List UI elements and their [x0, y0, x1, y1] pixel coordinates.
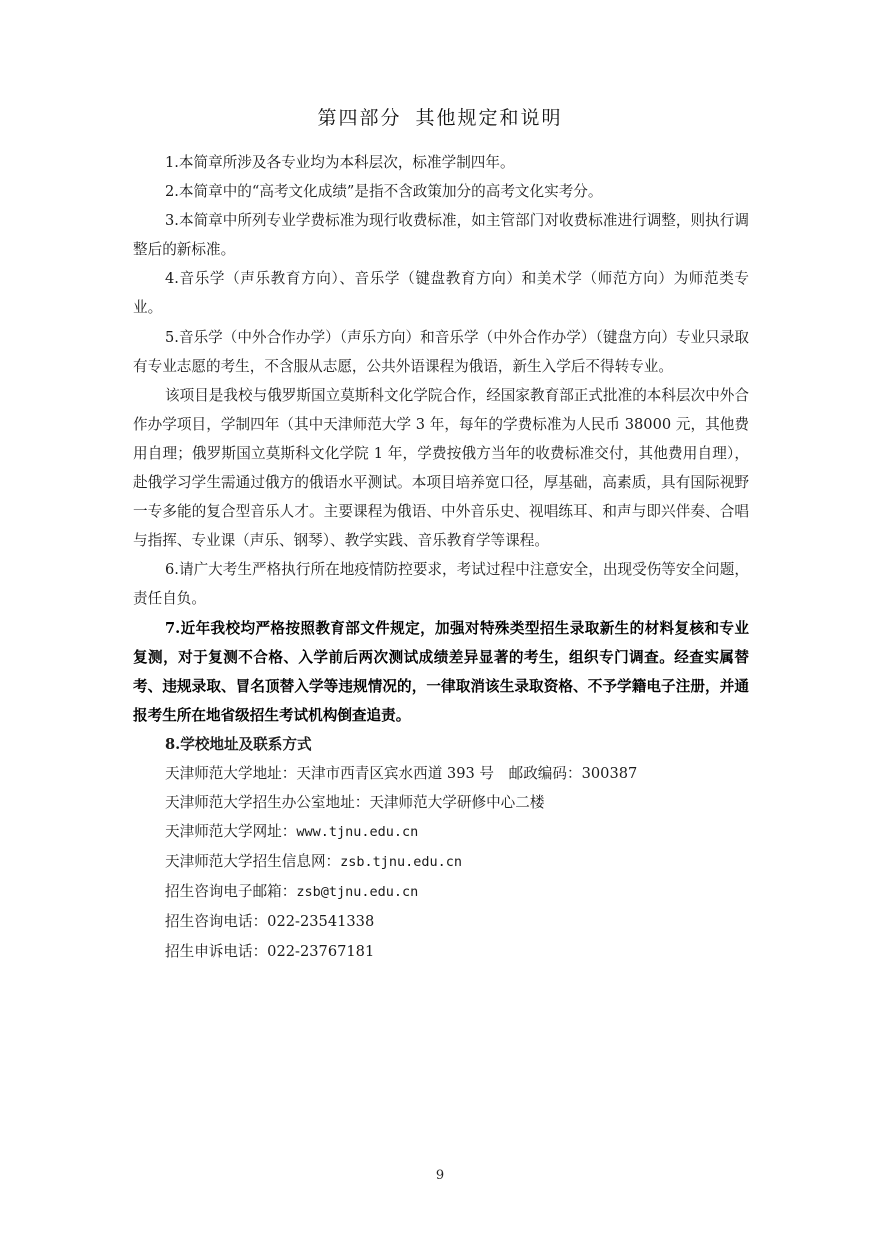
paragraph-2: 2.本简章中的“高考文化成绩”是指不含政策加分的高考文化实考分。	[133, 177, 749, 206]
contact-label: 招生咨询电子邮箱：	[165, 883, 296, 900]
document-page: 第四部分 其他规定和说明 1.本简章所涉及各专业均为本科层次，标准学制四年。 2…	[0, 0, 880, 1244]
contact-label: 天津师范大学招生信息网：	[165, 853, 340, 870]
paragraph-5: 5.音乐学（中外合作办学）（声乐方向）和音乐学（中外合作办学）（键盘方向）专业只…	[133, 323, 749, 381]
admissions-site-link[interactable]: zsb.tjnu.edu.cn	[340, 854, 462, 870]
paragraph-5-project-description: 该项目是我校与俄罗斯国立莫斯科文化学院合作，经国家教育部正式批准的本科层次中外合…	[133, 381, 749, 556]
contact-value: 天津市西青区宾水西道 393 号 邮政编码：300387	[296, 765, 637, 782]
contact-line-phone: 招生咨询电话：022-23541338	[133, 907, 749, 936]
contact-label: 天津师范大学网址：	[165, 823, 296, 840]
page-number: 9	[0, 1168, 880, 1183]
contact-value: 天津师范大学研修中心二楼	[369, 794, 544, 811]
contact-line-appeal-phone: 招生申诉电话：022-23767181	[133, 937, 749, 966]
contact-label: 招生申诉电话：	[165, 943, 267, 960]
website-link[interactable]: www.tjnu.edu.cn	[296, 824, 418, 840]
contact-heading: 8.学校地址及联系方式	[133, 730, 749, 759]
paragraph-7-bold-notice: 7.近年我校均严格按照教育部文件规定，加强对特殊类型招生录取新生的材料复核和专业…	[133, 614, 749, 730]
email-link[interactable]: zsb@tjnu.edu.cn	[296, 884, 418, 900]
document-body: 1.本简章所涉及各专业均为本科层次，标准学制四年。 2.本简章中的“高考文化成绩…	[133, 148, 749, 966]
section-title: 第四部分 其他规定和说明	[0, 104, 880, 132]
appeal-phone-number: 022-23767181	[267, 943, 374, 960]
contact-line-email: 招生咨询电子邮箱：zsb@tjnu.edu.cn	[133, 877, 749, 907]
paragraph-4: 4.音乐学（声乐教育方向）、音乐学（键盘教育方向）和美术学（师范方向）为师范类专…	[133, 264, 749, 322]
paragraph-6: 6.请广大考生严格执行所在地疫情防控要求，考试过程中注意安全，出现受伤等安全问题…	[133, 555, 749, 613]
phone-number: 022-23541338	[267, 913, 374, 930]
paragraph-1: 1.本简章所涉及各专业均为本科层次，标准学制四年。	[133, 148, 749, 177]
contact-label: 天津师范大学招生办公室地址：	[165, 794, 369, 811]
contact-line-website: 天津师范大学网址：www.tjnu.edu.cn	[133, 817, 749, 847]
contact-line-address: 天津师范大学地址：天津市西青区宾水西道 393 号 邮政编码：300387	[133, 759, 749, 788]
contact-line-admissions-site: 天津师范大学招生信息网：zsb.tjnu.edu.cn	[133, 847, 749, 877]
contact-line-office: 天津师范大学招生办公室地址：天津师范大学研修中心二楼	[133, 788, 749, 817]
contact-label: 天津师范大学地址：	[165, 765, 296, 782]
contact-label: 招生咨询电话：	[165, 913, 267, 930]
paragraph-3: 3.本简章中所列专业学费标准为现行收费标准，如主管部门对收费标准进行调整，则执行…	[133, 206, 749, 264]
